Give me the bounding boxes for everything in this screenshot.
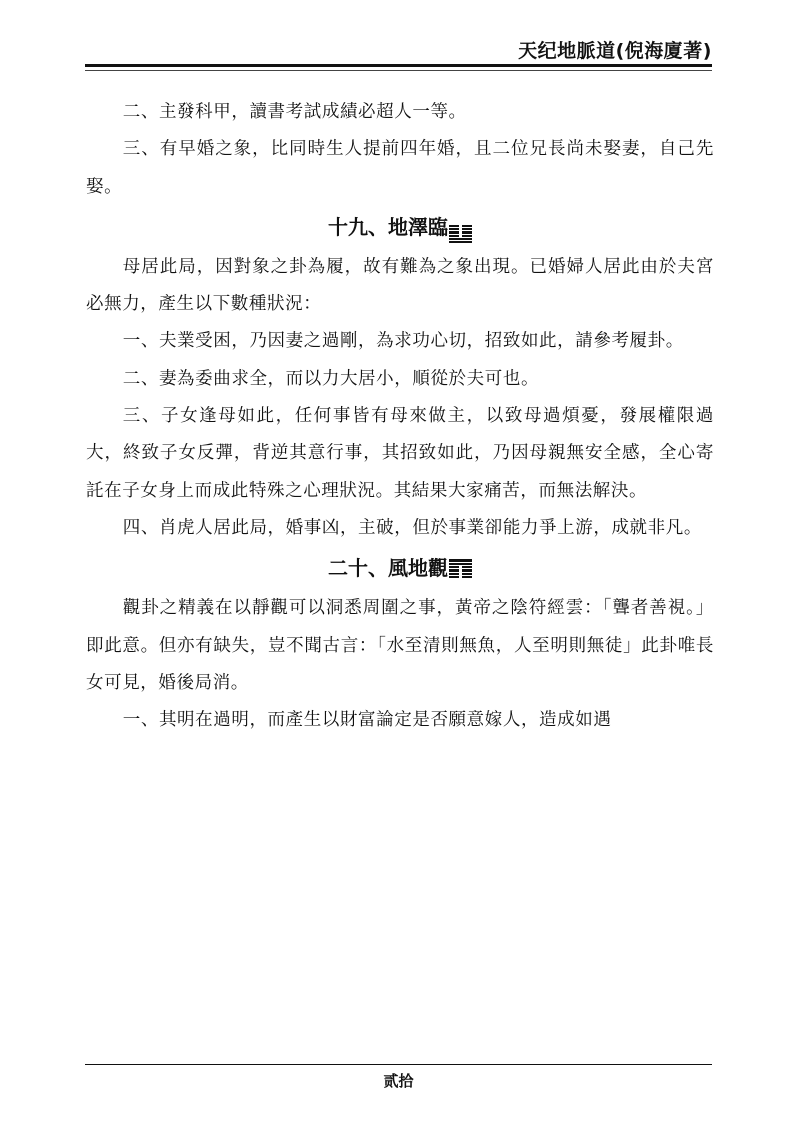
header-rule-thick bbox=[85, 64, 712, 67]
section-heading-20: 二十、風地觀 bbox=[86, 547, 714, 590]
running-header-title: 天纪地脈道(倪海廈著) bbox=[518, 36, 712, 63]
paragraph: 一、夫業受困，乃因妻之過剛，為求功心切，招致如此，請參考履卦。 bbox=[86, 323, 714, 360]
heading-text: 十九、地澤臨 bbox=[328, 215, 448, 239]
heading-text: 二十、風地觀 bbox=[328, 556, 448, 580]
footer-rule bbox=[85, 1064, 712, 1065]
header-rule-thin bbox=[85, 70, 712, 71]
paragraph: 二、主發科甲，讀書考試成績必超人一等。 bbox=[86, 94, 714, 131]
paragraph: 觀卦之精義在以靜觀可以洞悉周圍之事，黃帝之陰符經雲：「聾者善視。」即此意。但亦有… bbox=[86, 590, 714, 702]
page-body: 二、主發科甲，讀書考試成績必超人一等。 三、有早婚之象，比同時生人提前四年婚，且… bbox=[86, 94, 714, 739]
lin-hexagram-icon bbox=[449, 225, 472, 244]
paragraph: 三、有早婚之象，比同時生人提前四年婚，且二位兄長尚未娶妻，自己先娶。 bbox=[86, 131, 714, 206]
paragraph: 二、妻為委曲求全，而以力大居小，順從於夫可也。 bbox=[86, 361, 714, 398]
paragraph: 母居此局，因對象之卦為履，故有難為之象出現。已婚婦人居此由於夫宮必無力，產生以下… bbox=[86, 249, 714, 324]
paragraph: 四、肖虎人居此局，婚事凶，主破，但於事業卻能力爭上游，成就非凡。 bbox=[86, 510, 714, 547]
section-heading-19: 十九、地澤臨 bbox=[86, 206, 714, 249]
paragraph: 三、子女逢母如此，任何事皆有母來做主，以致母過煩憂，發展權限過大，終致子女反彈，… bbox=[86, 398, 714, 510]
page-number: 贰拾 bbox=[0, 1070, 797, 1091]
guan-hexagram-icon bbox=[449, 559, 472, 578]
paragraph: 一、其明在過明，而產生以財富論定是否願意嫁人，造成如遇 bbox=[86, 702, 714, 739]
